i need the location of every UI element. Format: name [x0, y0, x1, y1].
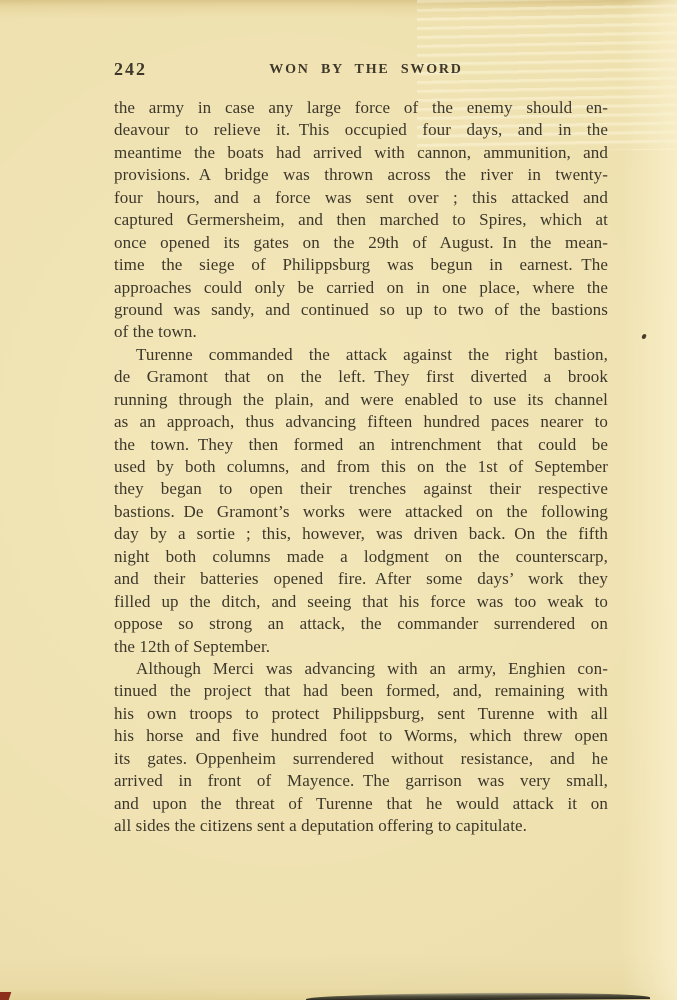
text-line: day by a sortie ; this, however, was dri…	[114, 523, 608, 545]
text-line: oppose so strong an attack, the commande…	[114, 613, 608, 635]
text-line: as an approach, thus advancing fifteen h…	[114, 411, 608, 433]
text-line: Although Merci was advancing with an arm…	[114, 658, 608, 680]
text-line: four hours, and a force was sent over ; …	[114, 187, 608, 209]
text-line: once opened its gates on the 29th of Aug…	[114, 232, 608, 254]
text-line: and upon the threat of Turenne that he w…	[114, 793, 608, 815]
text-line: of the town.	[114, 321, 608, 343]
book-edge-shadow	[306, 992, 650, 1000]
running-title: WON BY THE SWORD	[269, 62, 462, 78]
text-line: provisions. A bridge was thrown across t…	[114, 164, 608, 186]
page-right-edge-highlight	[622, 0, 677, 1000]
cover-corner-mark	[0, 992, 11, 1000]
text-line: de Gramont that on the left. They first …	[114, 366, 608, 388]
text-line: tinued the project that had been formed,…	[114, 680, 608, 702]
text-line: the 12th of September.	[114, 636, 608, 658]
text-line: captured Germersheim, and then marched t…	[114, 209, 608, 231]
text-line: the army in case any large force of the …	[114, 97, 608, 119]
text-line: ground was sandy, and continued so up to…	[114, 299, 608, 321]
text-line: time the siege of Philippsburg was begun…	[114, 254, 608, 276]
text-line: filled up the ditch, and seeing that his…	[114, 591, 608, 613]
text-line: his own troops to protect Philippsburg, …	[114, 703, 608, 725]
text-line: the town. They then formed an intrenchme…	[114, 434, 608, 456]
body-text: the army in case any large force of the …	[114, 97, 608, 837]
text-line: night both columns made a lodgment on th…	[114, 546, 608, 568]
text-line: all sides the citizens sent a deputation…	[114, 815, 608, 837]
book-page: 242 WON BY THE SWORD the army in case an…	[0, 0, 677, 1000]
text-line: deavour to relieve it. This occupied fou…	[114, 119, 608, 141]
text-line: arrived in front of Mayence. The garriso…	[114, 770, 608, 792]
text-line: running through the plain, and were enab…	[114, 389, 608, 411]
text-line: they began to open their trenches agains…	[114, 478, 608, 500]
page-number: 242	[114, 59, 147, 80]
ink-speck	[641, 334, 646, 340]
text-line: and their batteries opened fire. After s…	[114, 568, 608, 590]
text-line: approaches could only be carried on in o…	[114, 277, 608, 299]
text-line: bastions. De Gramont’s works were attack…	[114, 501, 608, 523]
text-line: meantime the boats had arrived with cann…	[114, 142, 608, 164]
text-line: used by both columns, and from this on t…	[114, 456, 608, 478]
text-line: its gates. Oppenheim surrendered without…	[114, 748, 608, 770]
text-line: his horse and five hundred foot to Worms…	[114, 725, 608, 747]
text-line: Turenne commanded the attack against the…	[114, 344, 608, 366]
